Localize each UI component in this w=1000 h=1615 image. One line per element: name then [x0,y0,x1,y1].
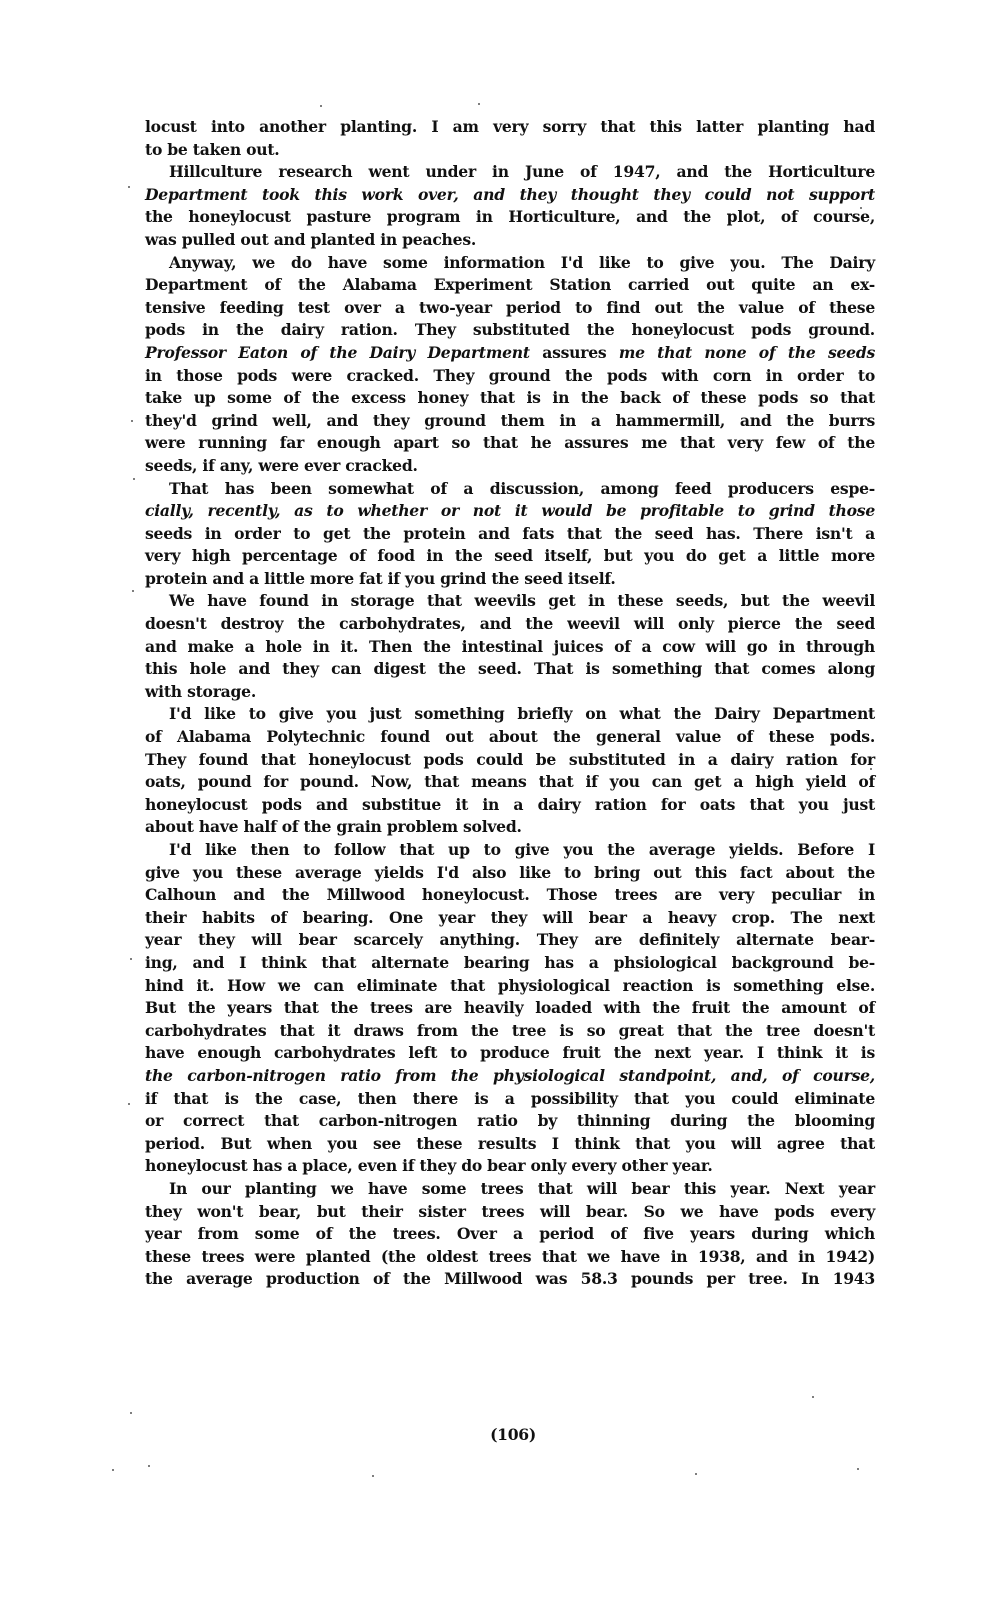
text-span: Department of the Alabama Experiment Sta… [145,275,875,294]
text-span: That has been somewhat of a discussion, … [169,479,875,498]
scan-speck [112,1469,114,1471]
text-line: with storage. [145,681,875,704]
text-line: cially, recently, as to whether or not i… [145,500,875,523]
text-line: We have found in storage that weevils ge… [145,590,875,613]
text-span: if that is the case, then there is a pos… [145,1089,875,1108]
body-text: locust into another planting. I am very … [145,116,875,1291]
scan-speck [130,958,132,960]
text-line: They found that honeylocust pods could b… [145,749,875,772]
text-line: That has been somewhat of a discussion, … [145,478,875,501]
text-span: have enough carbohydrates left to produc… [145,1043,875,1062]
scan-speck [870,768,872,770]
text-span: about have half of the grain problem sol… [145,817,522,836]
text-line: this hole and they can digest the seed. … [145,658,875,681]
italic-text: me that none of the seeds [619,343,875,362]
text-span: they won't bear, but their sister trees … [145,1202,875,1221]
text-span: to be taken out. [145,140,279,159]
italic-text: the carbon-nitrogen ratio from the physi… [145,1066,875,1085]
text-span: ing, and I think that alternate bearing … [145,953,875,972]
text-line: protein and a little more fat if you gri… [145,568,875,591]
scan-speck [148,1465,150,1467]
text-span: They found that honeylocust pods could b… [145,750,875,769]
text-span: their habits of bearing. One year they w… [145,908,875,927]
text-span: seeds, if any, were ever cracked. [145,456,418,475]
scan-speck [131,420,133,422]
text-span: the average production of the Millwood w… [145,1269,875,1288]
text-line: seeds, if any, were ever cracked. [145,455,875,478]
text-span: We have found in storage that weevils ge… [169,591,875,610]
italic-text: cially, recently, as to whether or not i… [145,501,875,520]
text-line: very high percentage of food in the seed… [145,545,875,568]
text-line: year from some of the trees. Over a peri… [145,1223,875,1246]
text-span: doesn't destroy the carbohydrates, and t… [145,614,875,633]
text-line: But the years that the trees are heavily… [145,997,875,1020]
text-span: take up some of the excess honey that is… [145,388,875,407]
text-span: year from some of the trees. Over a peri… [145,1224,875,1243]
scan-speck [132,590,134,592]
text-line: Calhoun and the Millwood honeylocust. Th… [145,884,875,907]
text-line: if that is the case, then there is a pos… [145,1088,875,1111]
scan-speck [478,103,480,105]
text-line: they'd grind well, and they ground them … [145,410,875,433]
text-span: carbohydrates that it draws from the tre… [145,1021,875,1040]
text-span: tensive feeding test over a two-year per… [145,298,875,317]
text-line: carbohydrates that it draws from the tre… [145,1020,875,1043]
text-line: period. But when you see these results I… [145,1133,875,1156]
text-span: Hillculture research went under in June … [169,162,875,181]
text-span: or correct that carbon-nitrogen ratio by… [145,1111,875,1130]
text-line: their habits of bearing. One year they w… [145,907,875,930]
text-line: in those pods were cracked. They ground … [145,365,875,388]
text-span: give you these average yields I'd also l… [145,863,875,882]
text-span: year they will bear scarcely anything. T… [145,930,875,949]
italic-text: Professor Eaton of the Dairy Department [145,343,530,362]
scan-speck [128,1103,130,1105]
text-line: about have half of the grain problem sol… [145,816,875,839]
text-span: In our planting we have some trees that … [169,1179,875,1198]
text-span: the honeylocust pasture program in Horti… [145,207,875,226]
text-span: protein and a little more fat if you gri… [145,569,616,588]
text-line: pods in the dairy ration. They substitut… [145,319,875,342]
text-line: Hillculture research went under in June … [145,161,875,184]
text-span: in those pods were cracked. They ground … [145,366,875,385]
scan-speck [695,1473,697,1475]
text-span: very high percentage of food in the seed… [145,546,875,565]
scan-speck [372,1475,374,1477]
text-span: were running far enough apart so that he… [145,433,875,452]
text-line: and make a hole in it. Then the intestin… [145,636,875,659]
text-span: seeds in order to get the protein and fa… [145,524,875,543]
text-line: locust into another planting. I am very … [145,116,875,139]
text-line: oats, pound for pound. Now, that means t… [145,771,875,794]
text-span: assures [530,343,619,362]
text-line: I'd like then to follow that up to give … [145,839,875,862]
text-span: But the years that the trees are heavily… [145,998,875,1017]
scan-speck [128,186,130,188]
text-line: honeylocust pods and substitue it in a d… [145,794,875,817]
text-span: this hole and they can digest the seed. … [145,659,875,678]
scan-speck [812,1396,814,1398]
italic-text: Department took this work over, and they… [145,185,875,204]
text-span: these trees were planted (the oldest tre… [145,1247,875,1266]
text-line: Department took this work over, and they… [145,184,875,207]
scanned-page: locust into another planting. I am very … [0,0,1000,1615]
page-number: (106) [13,1424,1000,1446]
scan-speck [130,1412,132,1414]
text-line: hind it. How we can eliminate that physi… [145,975,875,998]
text-span: period. But when you see these results I… [145,1134,875,1153]
text-line: Department of the Alabama Experiment Sta… [145,274,875,297]
text-span: with storage. [145,682,256,701]
text-line: were running far enough apart so that he… [145,432,875,455]
text-line: year they will bear scarcely anything. T… [145,929,875,952]
text-line: or correct that carbon-nitrogen ratio by… [145,1110,875,1133]
text-span: hind it. How we can eliminate that physi… [145,976,875,995]
text-span: Calhoun and the Millwood honeylocust. Th… [145,885,875,904]
text-line: the carbon-nitrogen ratio from the physi… [145,1065,875,1088]
text-line: honeylocust has a place, even if they do… [145,1155,875,1178]
text-line: ing, and I think that alternate bearing … [145,952,875,975]
text-span: they'd grind well, and they ground them … [145,411,875,430]
text-span: of Alabama Polytechnic found out about t… [145,727,875,746]
scan-speck [320,105,322,107]
text-line: the honeylocust pasture program in Horti… [145,206,875,229]
text-line: seeds in order to get the protein and fa… [145,523,875,546]
text-line: these trees were planted (the oldest tre… [145,1246,875,1269]
text-line: take up some of the excess honey that is… [145,387,875,410]
scan-speck [857,1468,859,1470]
text-line: In our planting we have some trees that … [145,1178,875,1201]
text-line: Professor Eaton of the Dairy Department … [145,342,875,365]
text-line: they won't bear, but their sister trees … [145,1201,875,1224]
text-span: I'd like to give you just something brie… [169,704,875,723]
text-span: honeylocust has a place, even if they do… [145,1156,713,1175]
text-span: Anyway, we do have some information I'd … [169,253,875,272]
text-line: was pulled out and planted in peaches. [145,229,875,252]
text-span: I'd like then to follow that up to give … [169,840,875,859]
text-line: doesn't destroy the carbohydrates, and t… [145,613,875,636]
scan-speck [860,207,862,209]
text-span: was pulled out and planted in peaches. [145,230,476,249]
scan-speck [133,478,135,480]
text-span: honeylocust pods and substitue it in a d… [145,795,875,814]
text-line: tensive feeding test over a two-year per… [145,297,875,320]
text-line: Anyway, we do have some information I'd … [145,252,875,275]
text-span: pods in the dairy ration. They substitut… [145,320,875,339]
text-span: locust into another planting. I am very … [145,117,875,136]
text-span: oats, pound for pound. Now, that means t… [145,772,875,791]
text-span: and make a hole in it. Then the intestin… [145,637,875,656]
text-line: of Alabama Polytechnic found out about t… [145,726,875,749]
text-line: the average production of the Millwood w… [145,1268,875,1291]
text-line: to be taken out. [145,139,875,162]
text-line: give you these average yields I'd also l… [145,862,875,885]
text-line: I'd like to give you just something brie… [145,703,875,726]
text-line: have enough carbohydrates left to produc… [145,1042,875,1065]
